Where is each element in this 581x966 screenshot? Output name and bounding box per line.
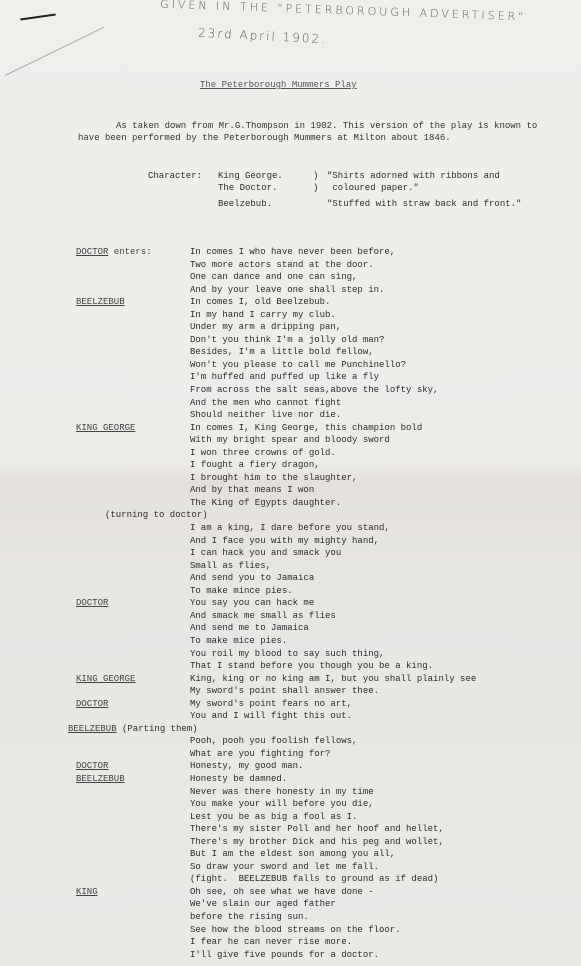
script-line: (fight. BEELZEBUB falls to ground as if … (0, 874, 581, 887)
script-line: I fought a fiery dragon, (0, 460, 581, 473)
dialogue-text: And I face you with my mighty hand, (190, 536, 379, 546)
script-line: One can dance and one can sing, (0, 272, 581, 285)
script-line: And I face you with my mighty hand, (0, 536, 581, 549)
script-line: You and I will fight this out. (0, 711, 581, 724)
dialogue-text: Under my arm a dripping pan, (190, 322, 341, 332)
script-line: See how the blood streams on the floor. (0, 925, 581, 938)
dialogue-text: Never was there honesty in my time (190, 787, 374, 797)
handwritten-annotation-line-1: GIVEN IN THE "PETERBOROUGH ADVERTISER" (160, 0, 527, 23)
character-list: Character:King George. )"Shirts adorned … (148, 170, 521, 210)
script-line: DOCTOR enters:In comes I who have never … (0, 247, 581, 260)
script-line: With my bright spear and bloody sword (0, 435, 581, 448)
script-line: Pooh, pooh you foolish fellows, (0, 736, 581, 749)
script-line: Should neither live nor die. (0, 410, 581, 423)
character-costume: "Stuffed with straw back and front." (327, 198, 521, 210)
dialogue-text: And send you to Jamaica (190, 573, 314, 583)
dialogue-text: You roil my blood to say such thing, (190, 649, 384, 659)
script-line: Small as flies, (0, 561, 581, 574)
script-line: From across the salt seas,above the loft… (0, 385, 581, 398)
pen-mark (20, 14, 56, 21)
handwritten-annotation-line-2: 23rd April 1902. (198, 26, 328, 47)
speaker-name: DOCTOR (76, 598, 108, 608)
dialogue-text: What are you fighting for? (190, 749, 330, 759)
speaker-name: KING GEORGE (76, 674, 135, 684)
script-line: There's my brother Dick and his peg and … (0, 837, 581, 850)
dialogue-text: Two more actors stand at the door. (190, 260, 374, 270)
speaker-name: KING GEORGE (76, 423, 135, 433)
script-line: So draw your sword and let me fall. (0, 862, 581, 875)
dialogue-text: King, king or no king am I, but you shal… (190, 674, 476, 684)
script-line: I brought him to the slaughter, (0, 473, 581, 486)
dialogue-text: And by that means I won (190, 485, 314, 495)
dialogue-text: And smack me small as flies (190, 611, 336, 621)
script-line: And by that means I won (0, 485, 581, 498)
character-label: Character: (148, 170, 218, 182)
script-line: KING GEORGEIn comes I, King George, this… (0, 423, 581, 436)
script-line: You make your will before you die, (0, 799, 581, 812)
speaker-name: KING (76, 887, 98, 897)
dialogue-text: Won't you please to call me Punchinello? (190, 360, 406, 370)
script-line: Two more actors stand at the door. (0, 260, 581, 273)
dialogue-text: I'll give five pounds for a doctor. (190, 950, 379, 960)
script-line: I won three crowns of gold. (0, 448, 581, 461)
dialogue-text: Should neither live nor die. (190, 410, 341, 420)
dialogue-text: I am a king, I dare before you stand, (190, 523, 390, 533)
script-line: Lest you be as big a fool as I. (0, 812, 581, 825)
speaker-name: DOCTOR (76, 761, 108, 771)
dialogue-text: You and I will fight this out. (190, 711, 352, 721)
script-line: And send you to Jamaica (0, 573, 581, 586)
dialogue-text: We've slain our aged father (190, 899, 336, 909)
script-line: In my hand I carry my club. (0, 310, 581, 323)
script-line: Won't you please to call me Punchinello? (0, 360, 581, 373)
dialogue-text: before the rising sun. (190, 912, 309, 922)
dialogue-text: I'm huffed and puffed up like a fly (190, 372, 379, 382)
dialogue-text: Don't you think I'm a jolly old man? (190, 335, 384, 345)
dialogue-text: To make mince pies. (190, 586, 293, 596)
dialogue-text: I won three crowns of gold. (190, 448, 336, 458)
character-name: Beelzebub. (218, 198, 313, 210)
speaker-with-direction: BEELZEBUB (Parting them) (68, 724, 198, 734)
character-costume: coloured paper." (327, 182, 419, 194)
script-line: KING GEORGEKing, king or no king am I, b… (0, 674, 581, 687)
script-line: And smack me small as flies (0, 611, 581, 624)
document-title: The Peterborough Mummers Play (200, 80, 357, 90)
bracket: ) (313, 182, 327, 194)
character-costume: "Shirts adorned with ribbons and (327, 170, 500, 182)
script-line: I can hack you and smack you (0, 548, 581, 561)
character-label (148, 182, 218, 194)
script-line: What are you fighting for? (0, 749, 581, 762)
dialogue-text: And send me to Jamaica (190, 623, 309, 633)
dialogue-text: That I stand before you though you be a … (190, 661, 433, 671)
character-label (148, 198, 218, 210)
dialogue-text: I fear he can never rise more. (190, 937, 352, 947)
dialogue-text: One can dance and one can sing, (190, 272, 357, 282)
script-line: But I am the eldest son among you all, (0, 849, 581, 862)
script-line: before the rising sun. (0, 912, 581, 925)
stage-direction: (turning to doctor) (105, 510, 208, 520)
script-line: And send me to Jamaica (0, 623, 581, 636)
dialogue-text: Besides, I'm a little bold fellow, (190, 347, 374, 357)
character-row: The Doctor. ) coloured paper." (148, 182, 521, 194)
dialogue-text: Pooh, pooh you foolish fellows, (190, 736, 357, 746)
script-line: I'm huffed and puffed up like a fly (0, 372, 581, 385)
dialogue-text: My sword's point shall answer thee. (190, 686, 379, 696)
script-line: BEELZEBUBHonesty be damned. (0, 774, 581, 787)
script-line: Besides, I'm a little bold fellow, (0, 347, 581, 360)
dialogue-text: You say you can hack me (190, 598, 314, 608)
intro-text: As taken down from Mr.G.Thompson in 1902… (78, 120, 558, 144)
dialogue-text: Oh see, oh see what we have done - (190, 887, 374, 897)
dialogue-text: I fought a fiery dragon, (190, 460, 320, 470)
dialogue-text: But I am the eldest son among you all, (190, 849, 395, 859)
script-line: I'll give five pounds for a doctor. (0, 950, 581, 963)
dialogue-text: And by your leave one shall step in. (190, 285, 384, 295)
dialogue-text: There's my brother Dick and his peg and … (190, 837, 444, 847)
dialogue-text: The King of Egypts daughter. (190, 498, 341, 508)
script-line: To make mice pies. (0, 636, 581, 649)
dialogue-text: To make mice pies. (190, 636, 287, 646)
script-line: BEELZEBUB (Parting them) (0, 724, 581, 737)
bracket (313, 198, 327, 210)
dialogue-text: In comes I, old Beelzebub. (190, 297, 330, 307)
character-name: King George. (218, 170, 313, 182)
dialogue-text: I brought him to the slaughter, (190, 473, 357, 483)
script-line: KINGOh see, oh see what we have done - (0, 887, 581, 900)
character-row: Beelzebub."Stuffed with straw back and f… (148, 198, 521, 210)
dialogue-text: So draw your sword and let me fall. (190, 862, 379, 872)
script-line: And by your leave one shall step in. (0, 285, 581, 298)
script-line: DOCTORYou say you can hack me (0, 598, 581, 611)
script-line: I am a king, I dare before you stand, (0, 523, 581, 536)
intro-paragraph: As taken down from Mr.G.Thompson in 1902… (78, 120, 558, 144)
dialogue-text: From across the salt seas,above the loft… (190, 385, 438, 395)
script-line: To make mince pies. (0, 586, 581, 599)
bracket: ) (313, 170, 327, 182)
play-script: DOCTOR enters:In comes I who have never … (0, 247, 581, 962)
script-line: You roil my blood to say such thing, (0, 649, 581, 662)
script-line: BEELZEBUBIn comes I, old Beelzebub. (0, 297, 581, 310)
dialogue-text: You make your will before you die, (190, 799, 374, 809)
dialogue-text: In comes I, King George, this champion b… (190, 423, 422, 433)
dialogue-text: With my bright spear and bloody sword (190, 435, 390, 445)
speaker-name: DOCTOR enters: (76, 247, 152, 257)
speaker-name: BEELZEBUB (76, 774, 125, 784)
dialogue-text: I can hack you and smack you (190, 548, 341, 558)
script-line: Don't you think I'm a jolly old man? (0, 335, 581, 348)
fold-crease (5, 27, 104, 76)
script-line: Never was there honesty in my time (0, 787, 581, 800)
dialogue-text: Small as flies, (190, 561, 271, 571)
script-line: My sword's point shall answer thee. (0, 686, 581, 699)
character-name: The Doctor. (218, 182, 313, 194)
script-line: DOCTORHonesty, my good man. (0, 761, 581, 774)
dialogue-text: (fight. BEELZEBUB falls to ground as if … (190, 874, 438, 884)
script-line: There's my sister Poll and her hoof and … (0, 824, 581, 837)
script-line: We've slain our aged father (0, 899, 581, 912)
script-line: Under my arm a dripping pan, (0, 322, 581, 335)
dialogue-text: In comes I who have never been before, (190, 247, 395, 257)
dialogue-text: Honesty be damned. (190, 774, 287, 784)
dialogue-text: See how the blood streams on the floor. (190, 925, 401, 935)
script-line: And the men who cannot fight (0, 398, 581, 411)
script-line: That I stand before you though you be a … (0, 661, 581, 674)
speaker-name: DOCTOR (76, 699, 108, 709)
dialogue-text: There's my sister Poll and her hoof and … (190, 824, 444, 834)
script-line: The King of Egypts daughter. (0, 498, 581, 511)
script-line: (turning to doctor) (0, 510, 581, 523)
character-row: Character:King George. )"Shirts adorned … (148, 170, 521, 182)
dialogue-text: In my hand I carry my club. (190, 310, 336, 320)
dialogue-text: Lest you be as big a fool as I. (190, 812, 357, 822)
dialogue-text: My sword's point fears no art, (190, 699, 352, 709)
script-line: I fear he can never rise more. (0, 937, 581, 950)
dialogue-text: And the men who cannot fight (190, 398, 341, 408)
dialogue-text: Honesty, my good man. (190, 761, 303, 771)
speaker-name: BEELZEBUB (76, 297, 125, 307)
script-line: DOCTORMy sword's point fears no art, (0, 699, 581, 712)
